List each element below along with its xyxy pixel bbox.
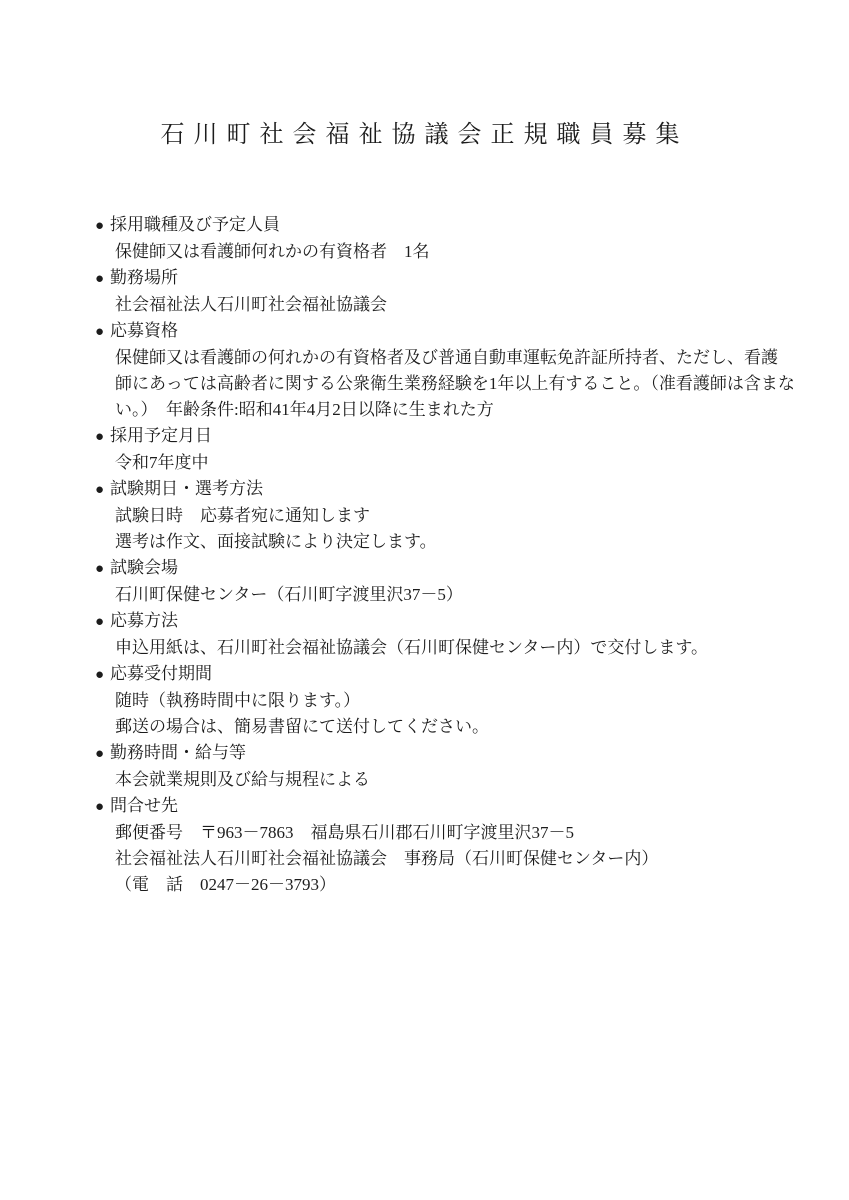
document-body: ●採用職種及び予定人員 保健師又は看護師何れかの有資格者 1名 ●勤務場所 社会… [0,212,849,898]
section-line: 社会福祉法人石川町社会福祉協議会 事務局（石川町保健センター内） [95,846,799,872]
section-line: 石川町保健センター（石川町字渡里沢37－5） [95,582,799,608]
bullet-icon: ● [95,662,110,688]
section-line: （電 話 0247－26－3793） [95,872,799,898]
section-work-location: ●勤務場所 社会福祉法人石川町社会福祉協議会 [95,265,799,318]
heading-text: 採用予定月日 [110,426,212,445]
bullet-icon: ● [95,213,110,239]
section-line: 申込用紙は、石川町社会福祉協議会（石川町保健センター内）で交付します。 [95,635,799,661]
section-job-type: ●採用職種及び予定人員 保健師又は看護師何れかの有資格者 1名 [95,212,799,265]
section-line: 師にあっては高齢者に関する公衆衛生業務経験を1年以上有すること。（准看護師は含ま… [95,371,799,397]
section-heading: ●試験会場 [95,555,799,582]
section-heading: ●試験期日・選考方法 [95,476,799,503]
heading-text: 応募資格 [110,321,178,340]
bullet-icon: ● [95,266,110,292]
heading-text: 応募方法 [110,611,178,630]
section-heading: ●勤務場所 [95,265,799,292]
section-line: 令和7年度中 [95,450,799,476]
section-line: 郵便番号 〒963－7863 福島県石川郡石川町字渡里沢37－5 [95,820,799,846]
page-title: 石川町社会福祉協議会正規職員募集 [0,0,849,152]
section-hire-date: ●採用予定月日 令和7年度中 [95,423,799,476]
heading-text: 試験期日・選考方法 [110,479,263,498]
section-line: 本会就業規則及び給与規程による [95,767,799,793]
section-line: 社会福祉法人石川町社会福祉協議会 [95,292,799,318]
section-heading: ●応募方法 [95,608,799,635]
section-line: 試験日時 応募者宛に通知します [95,503,799,529]
section-heading: ●応募資格 [95,318,799,345]
section-contact: ●問合せ先 郵便番号 〒963－7863 福島県石川郡石川町字渡里沢37－5 社… [95,793,799,898]
section-heading: ●勤務時間・給与等 [95,740,799,767]
section-heading: ●問合せ先 [95,793,799,820]
section-hours-salary: ●勤務時間・給与等 本会就業規則及び給与規程による [95,740,799,793]
section-heading: ●採用予定月日 [95,423,799,450]
section-exam-schedule: ●試験期日・選考方法 試験日時 応募者宛に通知します 選考は作文、面接試験により… [95,476,799,555]
section-line: い。） 年齢条件:昭和41年4月2日以降に生まれた方 [95,397,799,423]
bullet-icon: ● [95,424,110,450]
section-application-period: ●応募受付期間 随時（執務時間中に限ります。） 郵送の場合は、簡易書留にて送付し… [95,661,799,740]
document-page: 石川町社会福祉協議会正規職員募集 ●採用職種及び予定人員 保健師又は看護師何れか… [0,0,849,1200]
heading-text: 勤務場所 [110,268,178,287]
bullet-icon: ● [95,741,110,767]
bullet-icon: ● [95,556,110,582]
bullet-icon: ● [95,609,110,635]
bullet-icon: ● [95,477,110,503]
bullet-icon: ● [95,794,110,820]
heading-text: 応募受付期間 [110,664,212,683]
heading-text: 試験会場 [110,558,178,577]
heading-text: 採用職種及び予定人員 [110,215,280,234]
section-heading: ●応募受付期間 [95,661,799,688]
section-eligibility: ●応募資格 保健師又は看護師の何れかの有資格者及び普通自動車運転免許証所持者、た… [95,318,799,423]
section-application-method: ●応募方法 申込用紙は、石川町社会福祉協議会（石川町保健センター内）で交付します… [95,608,799,661]
section-line: 保健師又は看護師の何れかの有資格者及び普通自動車運転免許証所持者、ただし、看護 [95,345,799,371]
section-line: 保健師又は看護師何れかの有資格者 1名 [95,239,799,265]
section-line: 選考は作文、面接試験により決定します。 [95,529,799,555]
bullet-icon: ● [95,319,110,345]
heading-text: 勤務時間・給与等 [110,743,246,762]
section-line: 郵送の場合は、簡易書留にて送付してください。 [95,714,799,740]
section-heading: ●採用職種及び予定人員 [95,212,799,239]
section-line: 随時（執務時間中に限ります。） [95,688,799,714]
heading-text: 問合せ先 [110,796,178,815]
section-exam-venue: ●試験会場 石川町保健センター（石川町字渡里沢37－5） [95,555,799,608]
